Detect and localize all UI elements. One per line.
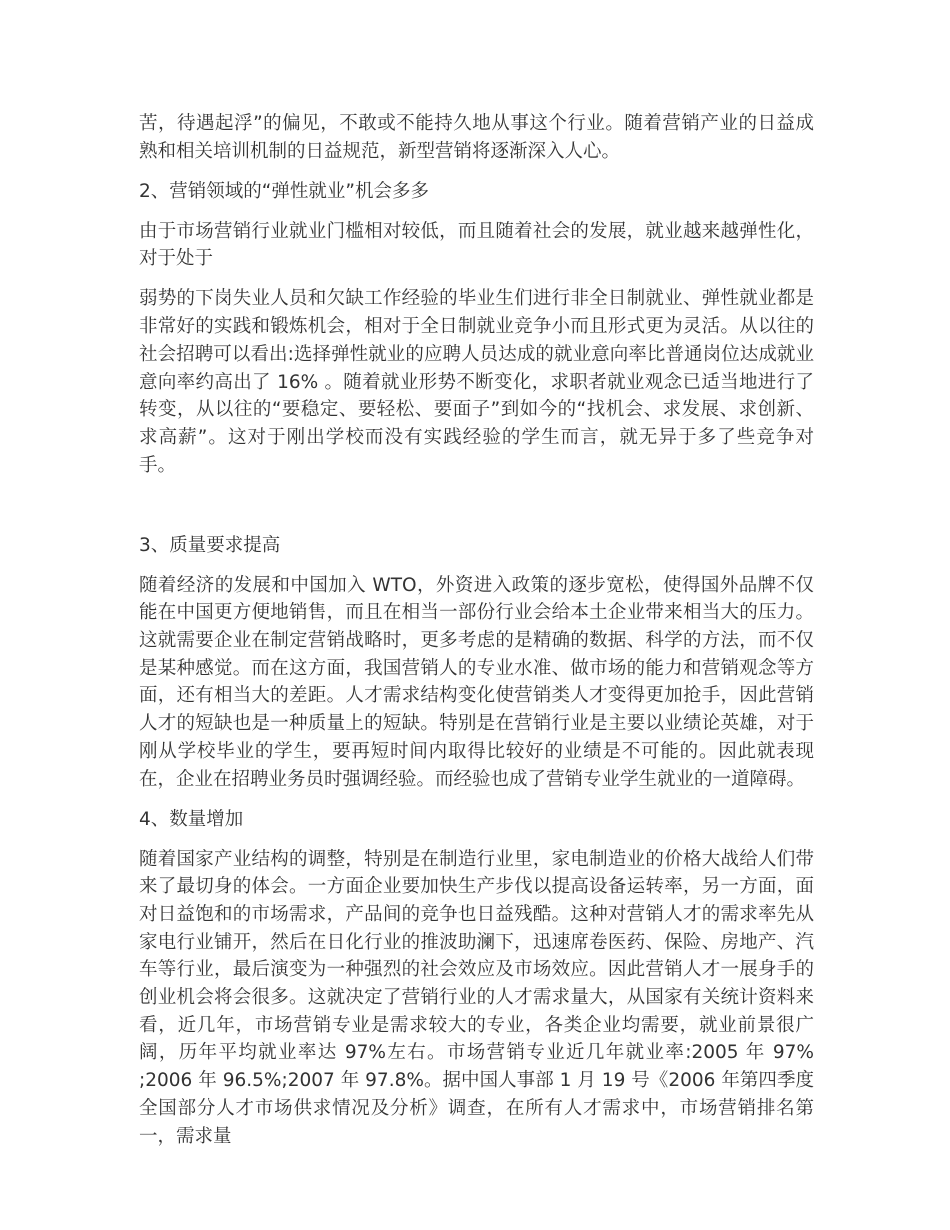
section-heading-3: 3、质量要求提高 — [139, 532, 814, 560]
document-page: 苦，待遇起浮”的偏见，不敢或不能持久地从事这个行业。随着营销产业的日益成熟和相关… — [0, 0, 950, 1230]
body-paragraph: 随着经济的发展和中国加入 WTO，外资进入政策的逐步宽松，使得国外品牌不仅能在中… — [139, 572, 814, 794]
body-paragraph: 弱势的下岗失业人员和欠缺工作经验的毕业生们进行非全日制就业、弹性就业都是非常好的… — [139, 285, 814, 479]
body-paragraph: 苦，待遇起浮”的偏见，不敢或不能持久地从事这个行业。随着营销产业的日益成熟和相关… — [139, 110, 814, 165]
body-paragraph: 由于市场营销行业就业门槛相对较低，而且随着社会的发展，就业越来越弹性化，对于处于 — [139, 218, 814, 273]
section-heading-2: 2、营销领域的“弹性就业”机会多多 — [139, 178, 814, 206]
blank-line — [139, 492, 814, 520]
body-paragraph: 随着国家产业结构的调整，特别是在制造行业里，家电制造业的价格大战给人们带来了最切… — [139, 846, 814, 1151]
section-heading-4: 4、数量增加 — [139, 806, 814, 834]
